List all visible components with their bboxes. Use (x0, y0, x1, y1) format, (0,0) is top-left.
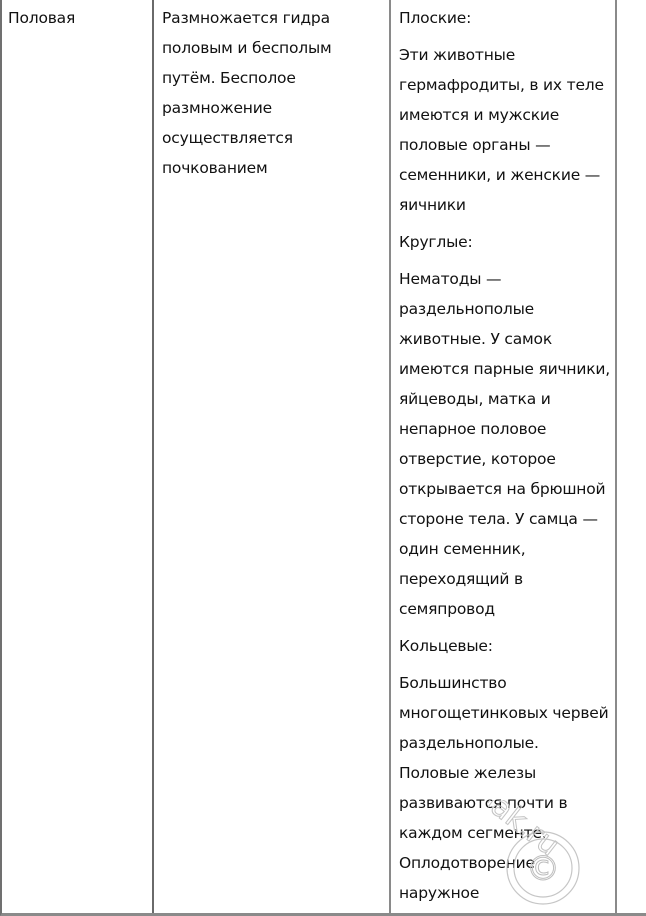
annelids-description: Большинство многощетинковых червей разде… (399, 668, 614, 908)
flatworms-heading: Плоские: (399, 3, 614, 33)
flatworms-description: Эти животные гермафродиты, в их теле име… (399, 40, 614, 220)
hydra-reproduction-text: Размножается гидра половым и бесполым пу… (162, 3, 387, 183)
cell-reproduction-type: Половая (2, 0, 152, 913)
cell-worms-reproduction: Плоские: Эти животные гермафродиты, в их… (389, 0, 615, 913)
reproduction-type-label: Половая (2, 0, 152, 33)
annelids-heading: Кольцевые: (399, 631, 614, 661)
cell-hydra-reproduction: Размножается гидра половым и бесполым пу… (152, 0, 389, 913)
cell-extra (615, 0, 646, 913)
roundworms-heading: Круглые: (399, 227, 614, 257)
comparison-table: Половая Размножается гидра половым и бес… (0, 0, 646, 916)
roundworms-description: Нематоды — раздельнополые животные. У са… (399, 264, 614, 624)
